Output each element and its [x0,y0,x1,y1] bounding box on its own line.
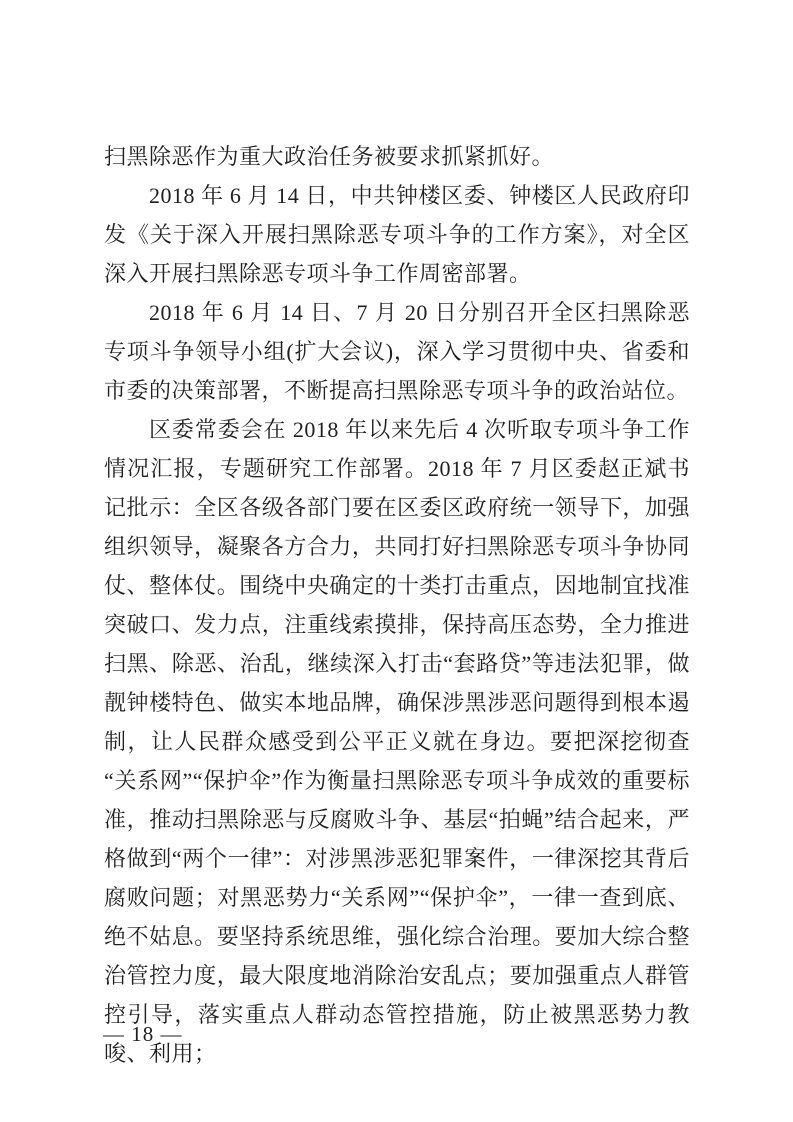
paragraph-work-plan: 2018 年 6 月 14 日，中共钟楼区委、钟楼区人民政府印发《关于深入开展扫… [104,176,690,293]
document-page: 扫黑除恶作为重大政治任务被要求抓紧抓好。 2018 年 6 月 14 日，中共钟… [0,0,793,1122]
paragraph-continuation: 扫黑除恶作为重大政治任务被要求抓紧抓好。 [104,137,690,176]
page-number: — 18 — [103,1020,183,1048]
paragraph-leading-group-meetings: 2018 年 6 月 14 日、7 月 20 日分别召开全区扫黑除恶专项斗争领导… [104,293,690,410]
paragraph-standing-committee-instructions: 区委常委会在 2018 年以来先后 4 次听取专项斗争工作情况汇报，专题研究工作… [104,410,690,1073]
body-text: 扫黑除恶作为重大政治任务被要求抓紧抓好。 2018 年 6 月 14 日，中共钟… [104,137,690,1073]
